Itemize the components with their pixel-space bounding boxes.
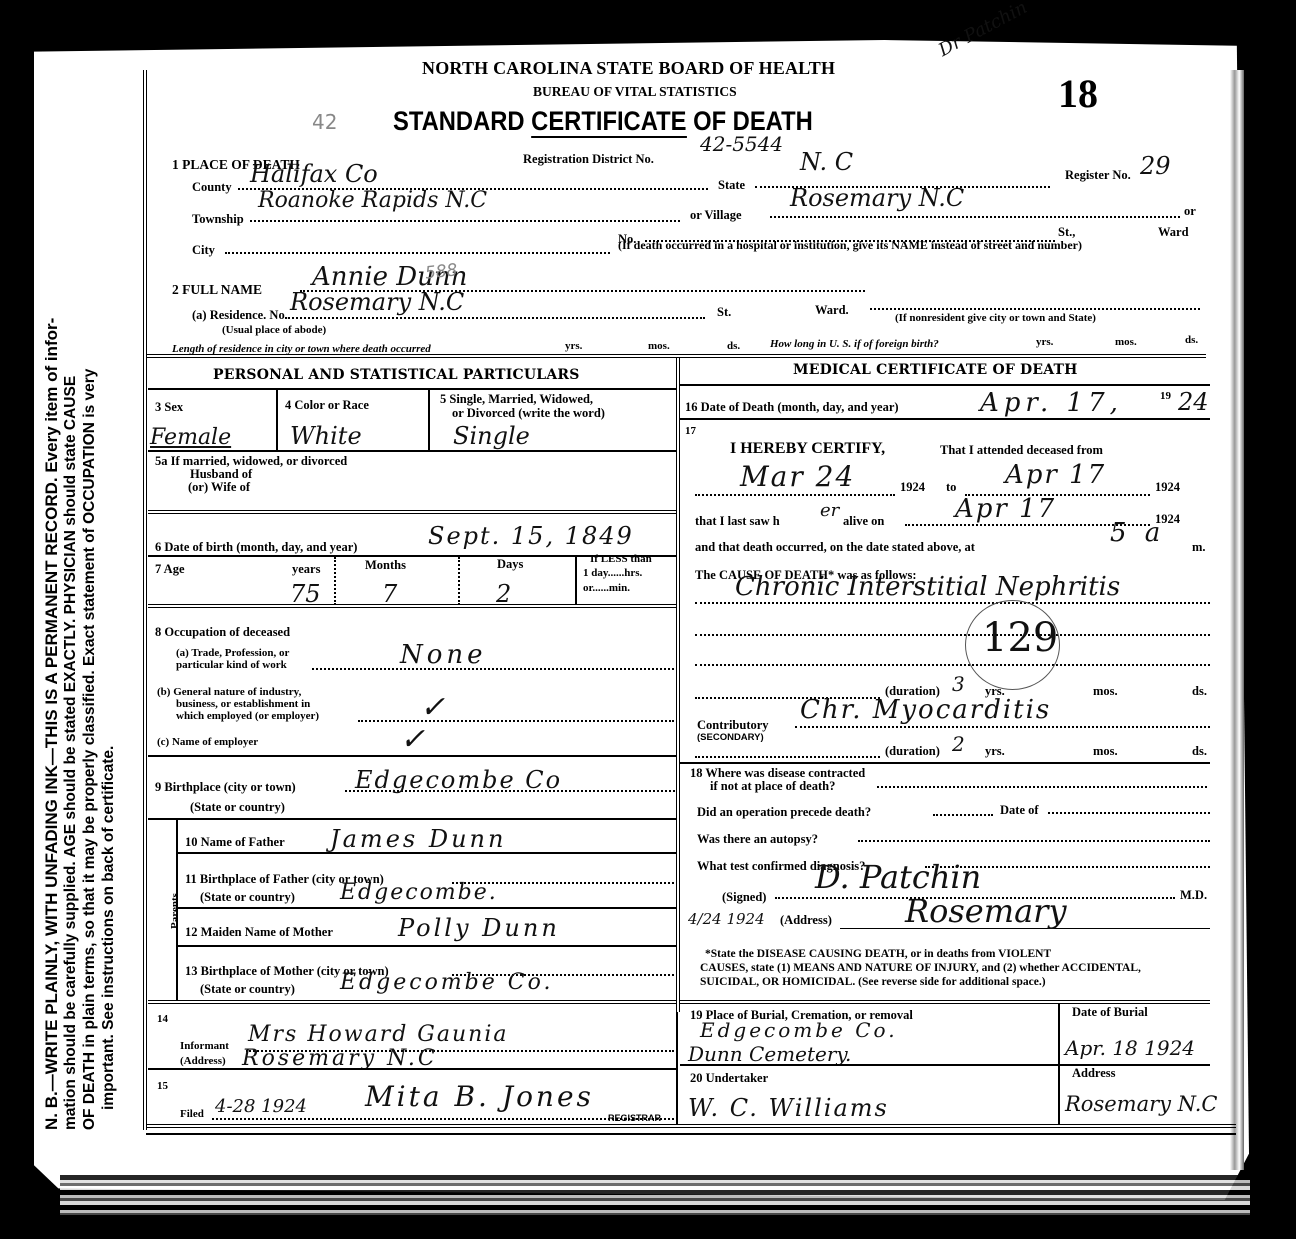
state-value: N. C: [800, 148, 853, 176]
item-17-number: 17: [685, 425, 696, 437]
title-part-a: STANDARD: [393, 106, 531, 136]
cause-code: 129: [982, 615, 1058, 661]
spouse-label-3: (or) Wife of: [188, 480, 250, 495]
secondary-label: (SECONDARY): [697, 732, 764, 743]
mother-value: Polly Dunn: [398, 914, 560, 942]
footnote-line-1: *State the DISEASE CAUSING DEATH, or in …: [705, 948, 1051, 960]
dob-value: Sept. 15, 1849: [428, 522, 634, 550]
physician-address-label: (Address): [780, 913, 832, 928]
duration-mos: mos.: [1093, 684, 1118, 699]
contrib-duration-yrs: yrs.: [985, 744, 1005, 759]
attended-to-year: 1924: [1155, 480, 1180, 495]
side-note-line-3: OF DEATH in plain terms, so that it may …: [80, 40, 99, 1130]
footnote-line-3: SUICIDAL, OR HOMICIDAL. (See reverse sid…: [700, 976, 1046, 988]
paper-edge: [1230, 70, 1244, 1170]
birthplace-state-label: (State or country): [190, 800, 285, 815]
industry-value: ✓: [420, 690, 445, 725]
dob-label: 6 Date of birth (month, day, and year): [155, 540, 357, 555]
certify-heading: I HEREBY CERTIFY,: [730, 440, 885, 458]
md-label: M.D.: [1180, 888, 1207, 903]
undertaker-address-value: Rosemary N.C: [1065, 1092, 1217, 1116]
trade-label-1: (a) Trade, Profession, or: [176, 647, 289, 659]
informant-label: Informant: [180, 1040, 229, 1052]
city-label: City: [192, 243, 215, 258]
informant-number: 14: [157, 1013, 168, 1025]
footnote-line-2: CAUSES, state (1) MEANS AND NATURE OF IN…: [700, 962, 1141, 974]
residence-ward-label: Ward.: [815, 303, 849, 318]
race-label: 4 Color or Race: [285, 398, 369, 413]
birthplace-label: 9 Birthplace (city or town): [155, 780, 296, 795]
title-part-b: CERTIFICATE: [531, 106, 686, 138]
sex-label: 3 Sex: [155, 400, 183, 415]
certify-text: That I attended deceased from: [940, 443, 1103, 458]
industry-label-3: which employed (or employer): [176, 710, 319, 722]
medical-heading: MEDICAL CERTIFICATE OF DEATH: [793, 362, 1078, 378]
filed-date: 4-28 1924: [215, 1096, 307, 1117]
months-label: Months: [365, 558, 406, 573]
pencil-number-top: 42: [312, 110, 337, 134]
corner-number: 18: [1058, 70, 1098, 117]
side-instructions: N. B.—WRITE PLAINLY, WITH UNFADING INK—T…: [42, 40, 122, 1130]
father-birth-state-value: Edgecombe.: [340, 880, 498, 905]
trade-value: None: [400, 640, 487, 670]
burial-date-label: Date of Burial: [1072, 1005, 1148, 1020]
contrib-duration-label: (duration): [885, 744, 940, 759]
residence-label: (a) Residence. No.: [192, 308, 288, 323]
residence-value: Rosemary N.C: [290, 288, 464, 316]
length-ds: ds.: [727, 340, 740, 352]
bureau-title: BUREAU OF VITAL STATISTICS: [533, 84, 737, 100]
alive-on-label: alive on: [843, 514, 884, 529]
state-label: State: [718, 178, 745, 193]
or-label: or: [1184, 204, 1196, 219]
filed-label: Filed: [180, 1108, 204, 1120]
registration-district-label: Registration District No.: [523, 152, 654, 167]
undertaker-label: 20 Undertaker: [690, 1071, 768, 1086]
less-than-label-3: or......min.: [583, 582, 630, 594]
mother-birth-state-label: (State or country): [200, 982, 295, 997]
length-mos: mos.: [648, 340, 670, 352]
registration-district-value: 42-5544: [700, 132, 783, 156]
last-saw-value: Apr 17: [955, 494, 1056, 524]
parents-label: Parents: [169, 886, 181, 936]
length-yrs: yrs.: [565, 340, 582, 352]
burial-date-value: Apr. 18 1924: [1065, 1036, 1195, 1060]
age-label: 7 Age: [155, 562, 185, 577]
physician-signature: D. Patchin: [815, 858, 981, 896]
employer-label: (c) Name of employer: [157, 736, 258, 748]
birthplace-value: Edgecombe Co: [355, 766, 562, 794]
operation-date-label: Date of: [1000, 803, 1039, 818]
to-label: to: [946, 480, 956, 495]
signed-label: (Signed): [722, 890, 766, 905]
days-label: Days: [497, 557, 523, 572]
side-note-line-2: mation should be carefully supplied. AGE…: [61, 40, 80, 1130]
duration-ds: ds.: [1192, 684, 1207, 699]
industry-label-2: business, or establishment in: [176, 698, 310, 710]
death-time-label: and that death occurred, on the date sta…: [695, 540, 975, 555]
contrib-duration-value: 2: [952, 732, 965, 756]
duration-value: 3: [952, 672, 965, 696]
hospital-note: (If death occurred in a hospital or inst…: [618, 238, 1082, 253]
township-label: Township: [192, 212, 244, 227]
dod-label: 16 Date of Death (month, day, and year): [685, 400, 899, 415]
contracted-label-2: if not at place of death?: [710, 779, 835, 794]
father-label: 10 Name of Father: [185, 835, 285, 850]
death-time-value: 5 a: [1110, 518, 1165, 548]
township-value: Roanoke Rapids N.C: [258, 188, 487, 213]
full-name-label: 2 FULL NAME: [172, 282, 262, 298]
village-label: or Village: [690, 208, 742, 223]
foreign-yrs: yrs.: [1036, 336, 1053, 348]
contributory-label: Contributory: [697, 718, 769, 733]
foreign-mos: mos.: [1115, 336, 1137, 348]
father-value: James Dunn: [330, 825, 506, 853]
contrib-duration-ds: ds.: [1192, 744, 1207, 759]
county-label: County: [192, 180, 232, 195]
ward-label: Ward: [1158, 225, 1189, 240]
race-value: White: [290, 422, 362, 450]
dod-year: 24: [1178, 388, 1209, 416]
dod-value: Apr. 17,: [980, 388, 1123, 418]
scan-artifact-strip: [60, 1175, 1250, 1215]
side-note-line-1: N. B.—WRITE PLAINLY, WITH UNFADING INK—T…: [42, 40, 61, 1130]
register-no-label: Register No.: [1065, 168, 1131, 183]
last-saw-pronoun: er: [820, 500, 839, 521]
informant-address-label: (Address): [180, 1055, 226, 1067]
burial-place-cemetery: Dunn Cemetery.: [688, 1042, 851, 1066]
attended-to-value: Apr 17: [1005, 460, 1106, 490]
undertaker-address-label: Address: [1072, 1066, 1116, 1081]
dod-year-prefix: 19: [1160, 390, 1171, 402]
nonresident-note: (If nonresident give city or town and St…: [895, 312, 1096, 324]
filed-number: 15: [157, 1080, 168, 1092]
residence-street-label: St.: [717, 305, 731, 320]
mother-label: 12 Maiden Name of Mother: [185, 925, 333, 940]
undertaker-value: W. C. Williams: [688, 1094, 889, 1122]
contrib-duration-mos: mos.: [1093, 744, 1118, 759]
informant-value: Mrs Howard Gaunia: [248, 1022, 508, 1047]
cause-value: Chronic Interstitial Nephritis: [735, 572, 1120, 602]
employer-value: ✓: [400, 722, 425, 757]
years-label: years: [292, 562, 320, 577]
signed-date: 4/24 1924: [688, 910, 765, 928]
registrar-label: REGISTRAR: [608, 1113, 661, 1123]
last-saw-label: that I last saw h: [695, 514, 780, 529]
attended-from-year: 1924: [900, 480, 925, 495]
register-no-value: 29: [1140, 152, 1171, 180]
marital-value: Single: [453, 422, 530, 450]
board-title: NORTH CAROLINA STATE BOARD OF HEALTH: [422, 58, 835, 79]
contributory-value: Chr. Myocarditis: [800, 695, 1051, 725]
county-value: Halifax Co: [250, 160, 378, 188]
father-birth-state-label: (State or country): [200, 890, 295, 905]
marital-label-2: or Divorced (write the word): [452, 406, 605, 421]
operation-label: Did an operation precede death?: [697, 805, 871, 820]
mother-birth-state-value: Edgecombe Co.: [340, 970, 553, 995]
personal-heading: PERSONAL AND STATISTICAL PARTICULARS: [213, 367, 580, 383]
death-time-suffix: m.: [1192, 540, 1206, 555]
village-value: Rosemary N.C: [790, 184, 964, 212]
registrar-signature: Mita B. Jones: [365, 1080, 594, 1113]
side-note-line-4: important. See instructions on back of c…: [99, 40, 118, 1130]
burial-place-county: Edgecombe Co.: [700, 1018, 898, 1042]
less-than-label-1: If LESS than: [590, 553, 652, 565]
foreign-ds: ds.: [1185, 334, 1198, 346]
autopsy-label: Was there an autopsy?: [697, 832, 818, 847]
occupation-label: 8 Occupation of deceased: [155, 625, 290, 640]
attended-from-value: Mar 24: [740, 460, 855, 493]
sex-value: Female: [150, 425, 231, 450]
physician-address-value: Rosemary: [905, 892, 1067, 930]
foreign-birth-label: How long in U. S. if of foreign birth?: [770, 338, 939, 350]
trade-label-2: particular kind of work: [176, 659, 287, 671]
usual-abode-label: (Usual place of abode): [222, 324, 326, 336]
industry-label-1: (b) General nature of industry,: [157, 686, 301, 698]
pencil-number-mid: 588: [424, 260, 458, 283]
marital-label-1: 5 Single, Married, Widowed,: [440, 392, 593, 407]
less-than-label-2: 1 day......hrs.: [583, 567, 642, 579]
